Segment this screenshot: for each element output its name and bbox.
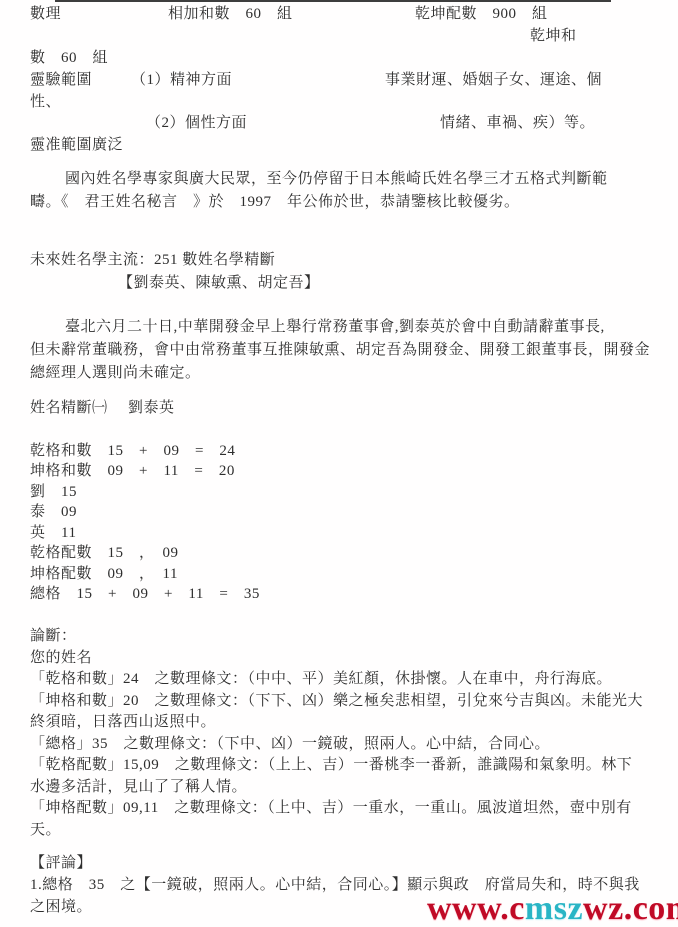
judgment-kun-pei-0911: 「坤格配數」09,11 之數理條文：（上中、吉）一重水，一重山。風波道坦然，壺中… (30, 798, 632, 818)
formula-char-tai: 泰 09 (30, 502, 77, 522)
header-row4-label: 靈驗範圍 (30, 70, 92, 90)
formula-char-liu: 劉 15 (30, 482, 77, 502)
news-line-2: 但未辭常董職務，會中由常務董事互推陳敏熏、胡定吾為開發金、開發工銀董事長，開發金 (30, 340, 650, 360)
header-row4-item: （1）精神方面 (131, 70, 232, 90)
formula-zong-ge: 總格 15 + 09 + 11 = 35 (30, 584, 260, 604)
intro-line-2: 疇。《 君王姓名秘言 》於 1997 年公佈於世，恭請鑒核比較優劣。 (30, 192, 520, 212)
judgment-qian-pei-cont: 水邊多活計，見山了了稱人情。 (30, 777, 247, 797)
section-title: 未來姓名學主流：251 數姓名學精斷 (30, 250, 275, 270)
subject-label: 姓名精斷㈠ (30, 398, 108, 418)
header-row3: 數 60 組 (30, 48, 108, 68)
header-row5: 性、 (30, 92, 61, 112)
formula-qian-ge-he-shu: 乾格和數 15 + 09 = 24 (30, 441, 235, 461)
judgment-kun-he-20-cont: 終須暗，日落西山返照中。 (30, 712, 216, 732)
judgment-zong-ge-35: 「總格」35 之數理條文：（下中、凶）一鏡破，照兩人。心中結，合同心。 (30, 734, 550, 754)
watermark-segment-red-right: wz.com (583, 890, 678, 927)
header-row1-col3: 乾坤配數 900 組 (415, 4, 548, 24)
top-divider-line (55, 0, 611, 2)
header-row2-right: 乾坤和 (530, 26, 577, 46)
judgment-qian-pei-1509: 「乾格配數」15,09 之數理條文：（上上、吉）一番桃李一番新，誰識陽和氣象明。… (30, 755, 632, 775)
site-watermark: www.cmszwz.com (427, 893, 678, 925)
judgment-heading: 論斷： (30, 626, 77, 646)
subject-name: 劉泰英 (128, 398, 175, 418)
intro-line-1: 國內姓名學專家與廣大民眾，至今仍停留于日本熊崎氏姓名學三才五格式判斷範 (65, 169, 608, 189)
watermark-segment-red-left: www.c (427, 890, 525, 927)
watermark-segment-teal: msz (525, 890, 583, 927)
formula-kun-ge-pei-shu: 坤格配數 09 ， 11 (30, 564, 178, 584)
judgment-qian-he-24: 「乾格和數」24 之數理條文：（中中、平）美紅顏，休掛懷。人在車中，舟行海底。 (30, 669, 612, 689)
header-row4-desc: 事業財運、婚姻子女、運途、個 (385, 70, 602, 90)
header-row1-col1: 數理 (30, 4, 61, 24)
header-row7: 靈准範圍廣泛 (30, 135, 123, 155)
comment-heading: 【評論】 (30, 853, 92, 873)
news-line-1: 臺北六月二十日,中華開發金早上舉行常務董事會,劉泰英於會中自動請辭董事長, (65, 317, 605, 337)
formula-qian-ge-pei-shu: 乾格配數 15 ， 09 (30, 543, 179, 563)
header-row6-item: （2）個性方面 (146, 113, 247, 133)
news-line-3: 總經理人選則尚未確定。 (30, 363, 201, 383)
judgment-your-name: 您的姓名 (30, 648, 92, 668)
header-row1-col2: 相加和數 60 組 (168, 4, 293, 24)
formula-kun-ge-he-shu: 坤格和數 09 + 11 = 20 (30, 461, 235, 481)
scanned-document-page: 數理 相加和數 60 組 乾坤配數 900 組 乾坤和 數 60 組 靈驗範圍 … (0, 0, 678, 927)
section-subtitle-names: 【劉泰英、陳敏熏、胡定吾】 (118, 273, 320, 293)
judgment-kun-pei-cont: 天。 (30, 820, 61, 840)
formula-char-ying: 英 11 (30, 523, 76, 543)
judgment-kun-he-20: 「坤格和數」20 之數理條文：（下下、凶）樂之極矣悲相望，引兌來兮吉與凶。未能光… (30, 691, 643, 711)
header-row6-desc: 情緒、車禍、疾）等。 (440, 113, 595, 133)
comment-line-2: 之困境。 (30, 897, 92, 917)
